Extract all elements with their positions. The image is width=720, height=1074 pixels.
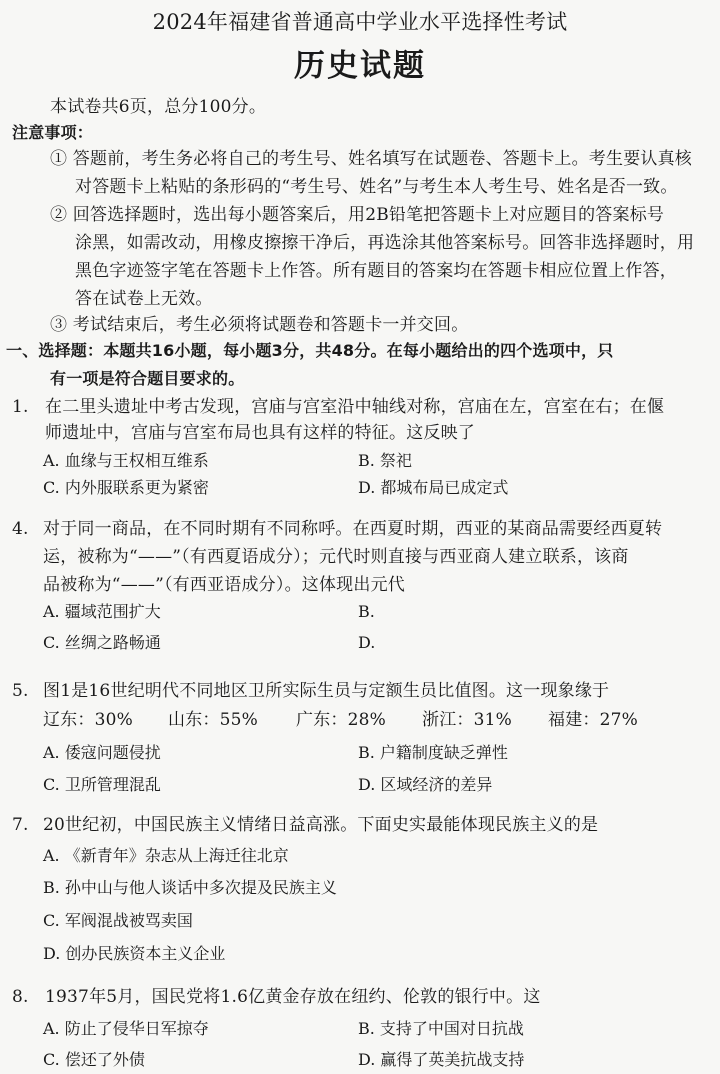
- option-d: D. 都城布局已成定式: [358, 477, 508, 499]
- notice-line: 答在试卷上无效。: [75, 288, 213, 310]
- notice-line: 黑色字迹签字笔在答题卡上作答。所有题目的答案均在答题卡相应位置上作答，: [75, 260, 677, 282]
- option-d: D. 创办民族资本主义企业: [43, 943, 225, 965]
- option-d: D. 赢得了英美抗战支持: [358, 1049, 524, 1071]
- notice-line: 涂黑，如需改动，用橡皮擦擦干净后，再选涂其他答案标号。回答非选择题时，用: [75, 232, 694, 254]
- question-stem: 在二里头遗址中考古发现，宫庙与宫室沿中轴线对称，宫庙在左，宫室在右；在偃: [45, 396, 664, 418]
- option-d: D.: [358, 632, 375, 654]
- option-a: A. 倭寇问题侵扰: [43, 742, 161, 764]
- ratio-shandong: 山东：55%: [168, 709, 258, 731]
- question-number: 1.: [12, 396, 29, 418]
- option-c: C. 丝绸之路畅通: [43, 632, 161, 654]
- section-line: 有一项是符合题目要求的。: [50, 368, 244, 390]
- question-number: 8.: [12, 986, 29, 1008]
- ratio-fujian: 福建：27%: [548, 709, 638, 731]
- question-stem: 1937年5月，国民党将1.6亿黄金存放在纽约、伦敦的银行中。这: [45, 986, 541, 1008]
- option-d: D. 区域经济的差异: [358, 774, 492, 796]
- option-a: A. 防止了侵华日军掠夺: [43, 1018, 209, 1040]
- page-info: 本试卷共6页，总分100分。: [50, 96, 266, 118]
- option-b: B. 祭祀: [358, 450, 412, 472]
- question-stem: 品被称为“——”（有西亚语成分）。这体现出元代: [43, 574, 405, 596]
- ratio-zhejiang: 浙江：31%: [422, 709, 512, 731]
- notice-line: ② 回答选择题时，选出每小题答案后，用2B铅笔把答题卡上对应题目的答案标号: [50, 204, 664, 226]
- section-line: 一、选择题：本题共16小题，每小题3分，共48分。在每小题给出的四个选项中，只: [6, 340, 613, 362]
- question-number: 4.: [12, 518, 29, 540]
- option-b: B. 孙中山与他人谈话中多次提及民族主义: [43, 877, 337, 899]
- option-a: A. 《新青年》杂志从上海迁往北京: [43, 845, 289, 867]
- question-number: 7.: [12, 814, 29, 836]
- notice-line: 对答题卡上粘贴的条形码的“考生号、姓名”与考生本人考生号、姓名是否一致。: [75, 176, 678, 198]
- notice-line: ③ 考试结束后，考生必须将试题卷和答题卡一并交回。: [50, 314, 468, 336]
- question-stem: 对于同一商品，在不同时期有不同称呼。在西夏时期，西亚的某商品需要经西夏转: [43, 518, 662, 540]
- option-c: C. 卫所管理混乱: [43, 774, 161, 796]
- ratio-liaodong: 辽东：30%: [43, 709, 133, 731]
- option-c: C. 内外服联系更为紧密: [43, 477, 209, 499]
- option-a: A. 血缘与王权相互维系: [43, 450, 209, 472]
- notice-line: ① 答题前，考生务必将自己的考生号、姓名填写在试题卷、答题卡上。考生要认真核: [50, 148, 692, 170]
- subject-title: 历史试题: [0, 46, 720, 86]
- exam-title: 2024年福建省普通高中学业水平选择性考试: [0, 8, 720, 36]
- option-b: B. 支持了中国对日抗战: [358, 1018, 524, 1040]
- question-stem: 师遗址中，宫庙与宫室布局也具有这样的特征。这反映了: [45, 422, 475, 444]
- notice-heading: 注意事项：: [12, 122, 93, 144]
- question-stem: 20世纪初，中国民族主义情绪日益高涨。下面史实最能体现民族主义的是: [43, 814, 598, 836]
- ratio-guangdong: 广东：28%: [296, 709, 386, 731]
- option-b: B. 户籍制度缺乏弹性: [358, 742, 508, 764]
- question-number: 5.: [12, 680, 29, 702]
- option-b: B.: [358, 601, 375, 623]
- question-stem: 运，被称为“——”（有西夏语成分）；元代时则直接与西亚商人建立联系，该商: [43, 546, 629, 568]
- option-a: A. 疆域范围扩大: [43, 601, 161, 623]
- option-c: C. 军阀混战被骂卖国: [43, 910, 193, 932]
- question-stem: 图1是16世纪明代不同地区卫所实际生员与定额生员比值图。这一现象缘于: [43, 680, 609, 702]
- option-c: C. 偿还了外债: [43, 1049, 145, 1071]
- exam-page: 2024年福建省普通高中学业水平选择性考试 历史试题 本试卷共6页，总分100分…: [0, 0, 720, 1074]
